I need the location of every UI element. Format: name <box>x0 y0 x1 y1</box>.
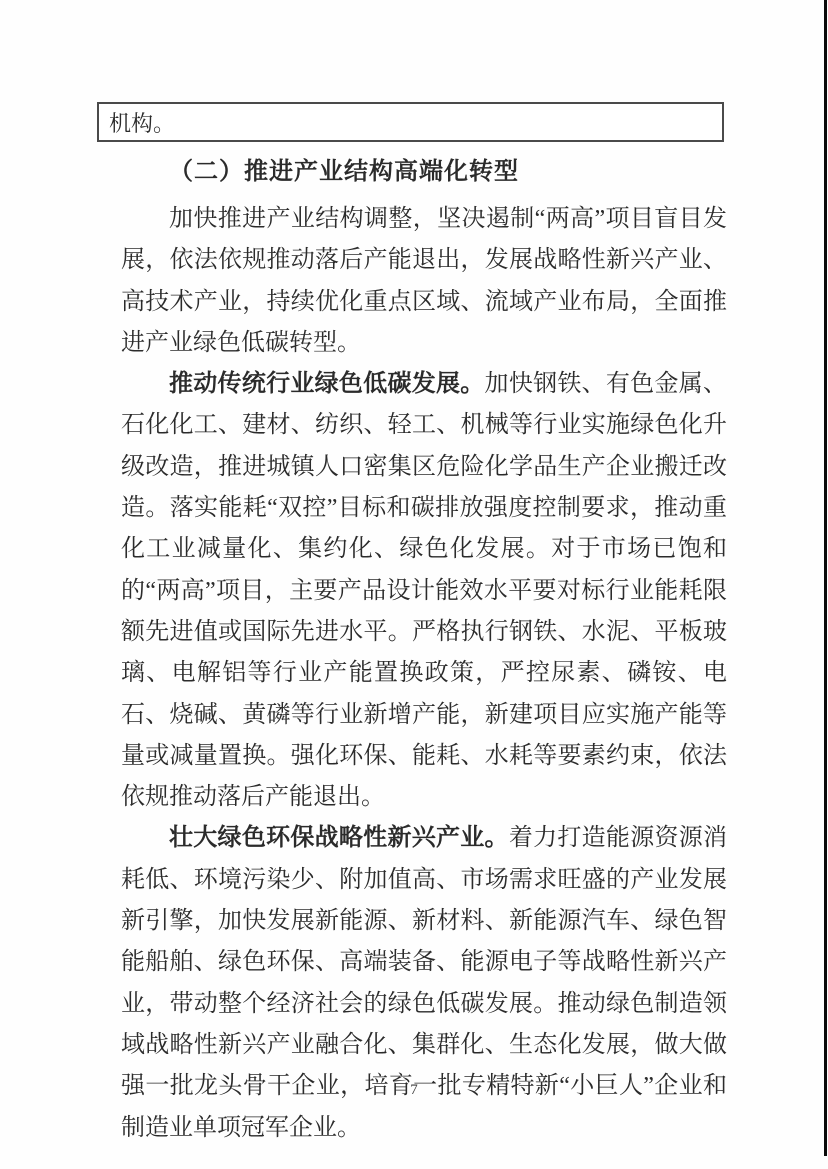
document-body: （二）推进产业结构高端化转型 加快推进产业结构调整，坚决遏制“两高”项目盲目发展… <box>121 151 727 1149</box>
paragraph: 推动传统行业绿色低碳发展。加快钢铁、有色金属、石化化工、建材、纺织、轻工、机械等… <box>121 364 727 818</box>
paragraph-text: 加快推进产业结构调整，坚决遏制“两高”项目盲目发展，依法依规推动落后产能退出，发… <box>121 206 727 356</box>
continuation-textbox: 机构。 <box>97 102 724 142</box>
section-heading: （二）推进产业结构高端化转型 <box>121 151 727 193</box>
paragraph: 壮大绿色环保战略性新兴产业。着力打造能源资源消耗低、环境污染少、附加值高、市场需… <box>121 818 727 1148</box>
paragraph-text: 着力打造能源资源消耗低、环境污染少、附加值高、市场需求旺盛的产业发展新引擎，加快… <box>121 825 727 1140</box>
scan-edge-line <box>824 0 827 1156</box>
page-number: 7 <box>410 1082 418 1099</box>
paragraph: 加快推进产业结构调整，坚决遏制“两高”项目盲目发展，依法依规推动落后产能退出，发… <box>121 199 727 364</box>
continuation-text: 机构。 <box>99 104 722 137</box>
document-page: 机构。 （二）推进产业结构高端化转型 加快推进产业结构调整，坚决遏制“两高”项目… <box>0 0 828 1169</box>
paragraph-lead: 壮大绿色环保战略性新兴产业。 <box>169 825 509 851</box>
paragraph-lead: 推动传统行业绿色低碳发展。 <box>169 371 485 397</box>
paragraph-text: 加快钢铁、有色金属、石化化工、建材、纺织、轻工、机械等行业实施绿色化升级改造，推… <box>121 371 727 810</box>
